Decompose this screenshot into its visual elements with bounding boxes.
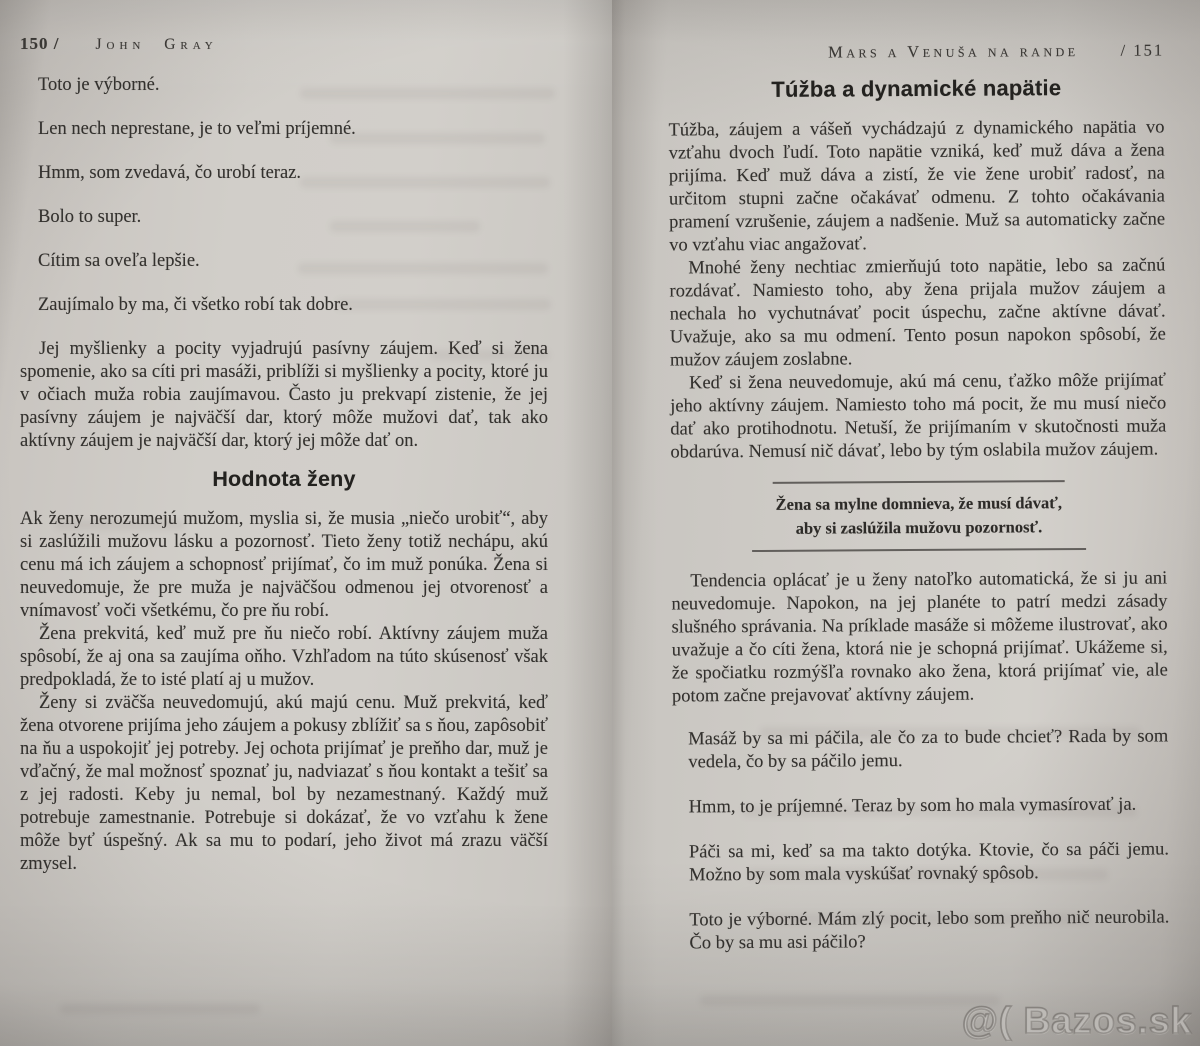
body-paragraph: Mnohé ženy nechtiac zmierňujú toto napät… xyxy=(669,254,1166,372)
left-page: 150 / John Gray Toto je výborné. Len nec… xyxy=(0,0,612,1046)
callout-quote: Žena sa mylne domnieva, že musí dávať, a… xyxy=(671,479,1167,552)
monologue-quote: Cítim sa oveľa lepšie. xyxy=(38,250,548,273)
body-paragraph: Ženy si zväčša neuvedomujú, akú majú cen… xyxy=(20,692,548,876)
book-photo: 150 / John Gray Toto je výborné. Len nec… xyxy=(0,0,1200,1046)
bazos-watermark: @( Bazos.sk xyxy=(962,1000,1192,1042)
left-page-number: 150 / xyxy=(20,34,59,54)
body-paragraph: Túžba, záujem a vášeň vychádzajú z dynam… xyxy=(668,116,1165,257)
callout-rule-top xyxy=(773,480,1065,484)
monologue-quote: Masáž by sa mi páčila, ale čo za to bude… xyxy=(688,725,1168,774)
monologue-quote-list: Masáž by sa mi páčila, ale čo za to bude… xyxy=(672,725,1169,955)
monologue-quote: Toto je výborné. xyxy=(38,74,548,97)
body-paragraph: Žena prekvitá, keď muž pre ňu niečo robí… xyxy=(20,623,548,692)
monologue-quote: Zaujímalo by ma, či všetko robí tak dobr… xyxy=(38,294,548,317)
right-page-column: Mars a Venuša na rande / 151 Túžba a dyn… xyxy=(668,40,1170,977)
callout-rule-bottom xyxy=(752,548,1086,552)
monologue-quote: Len nech neprestane, je to veľmi príjemn… xyxy=(38,118,548,141)
body-paragraph: Ak ženy nerozumejú mužom, myslia si, že … xyxy=(20,508,548,623)
monologue-quote-list: Toto je výborné. Len nech neprestane, je… xyxy=(20,74,548,317)
monologue-quote: Hmm, to je príjemné. Teraz by som ho mal… xyxy=(689,793,1169,819)
right-page-number: / 151 xyxy=(1121,40,1165,60)
running-header-author: John Gray xyxy=(95,36,217,54)
left-page-header: 150 / John Gray xyxy=(20,34,548,54)
right-page-header: Mars a Venuša na rande / 151 xyxy=(668,40,1164,63)
intro-paragraph: Jej myšlienky a pocity vyjadrujú pasívny… xyxy=(20,338,548,453)
monologue-quote: Toto je výborné. Mám zlý pocit, lebo som… xyxy=(689,906,1169,955)
running-header-title: Mars a Venuša na rande xyxy=(828,41,1079,63)
monologue-quote: Páči sa mi, keď sa ma takto dotýka. Ktov… xyxy=(689,838,1169,887)
body-paragraph: Tendencia oplácať je u ženy natoľko auto… xyxy=(671,567,1168,708)
callout-line: Žena sa mylne domnieva, že musí dávať, xyxy=(671,490,1167,517)
left-page-column: 150 / John Gray Toto je výborné. Len nec… xyxy=(20,34,548,876)
monologue-quote: Hmm, som zvedavá, čo urobí teraz. xyxy=(38,162,548,185)
monologue-quote: Bolo to super. xyxy=(38,206,548,229)
section-heading-right: Túžba a dynamické napätie xyxy=(668,74,1164,103)
section-heading-left: Hodnota ženy xyxy=(20,467,548,492)
body-paragraph: Keď si žena neuvedomuje, akú má cenu, ťa… xyxy=(670,369,1167,464)
callout-line: aby si zaslúžila mužovu pozornosť. xyxy=(671,514,1167,541)
right-page: Mars a Venuša na rande / 151 Túžba a dyn… xyxy=(612,0,1200,1046)
